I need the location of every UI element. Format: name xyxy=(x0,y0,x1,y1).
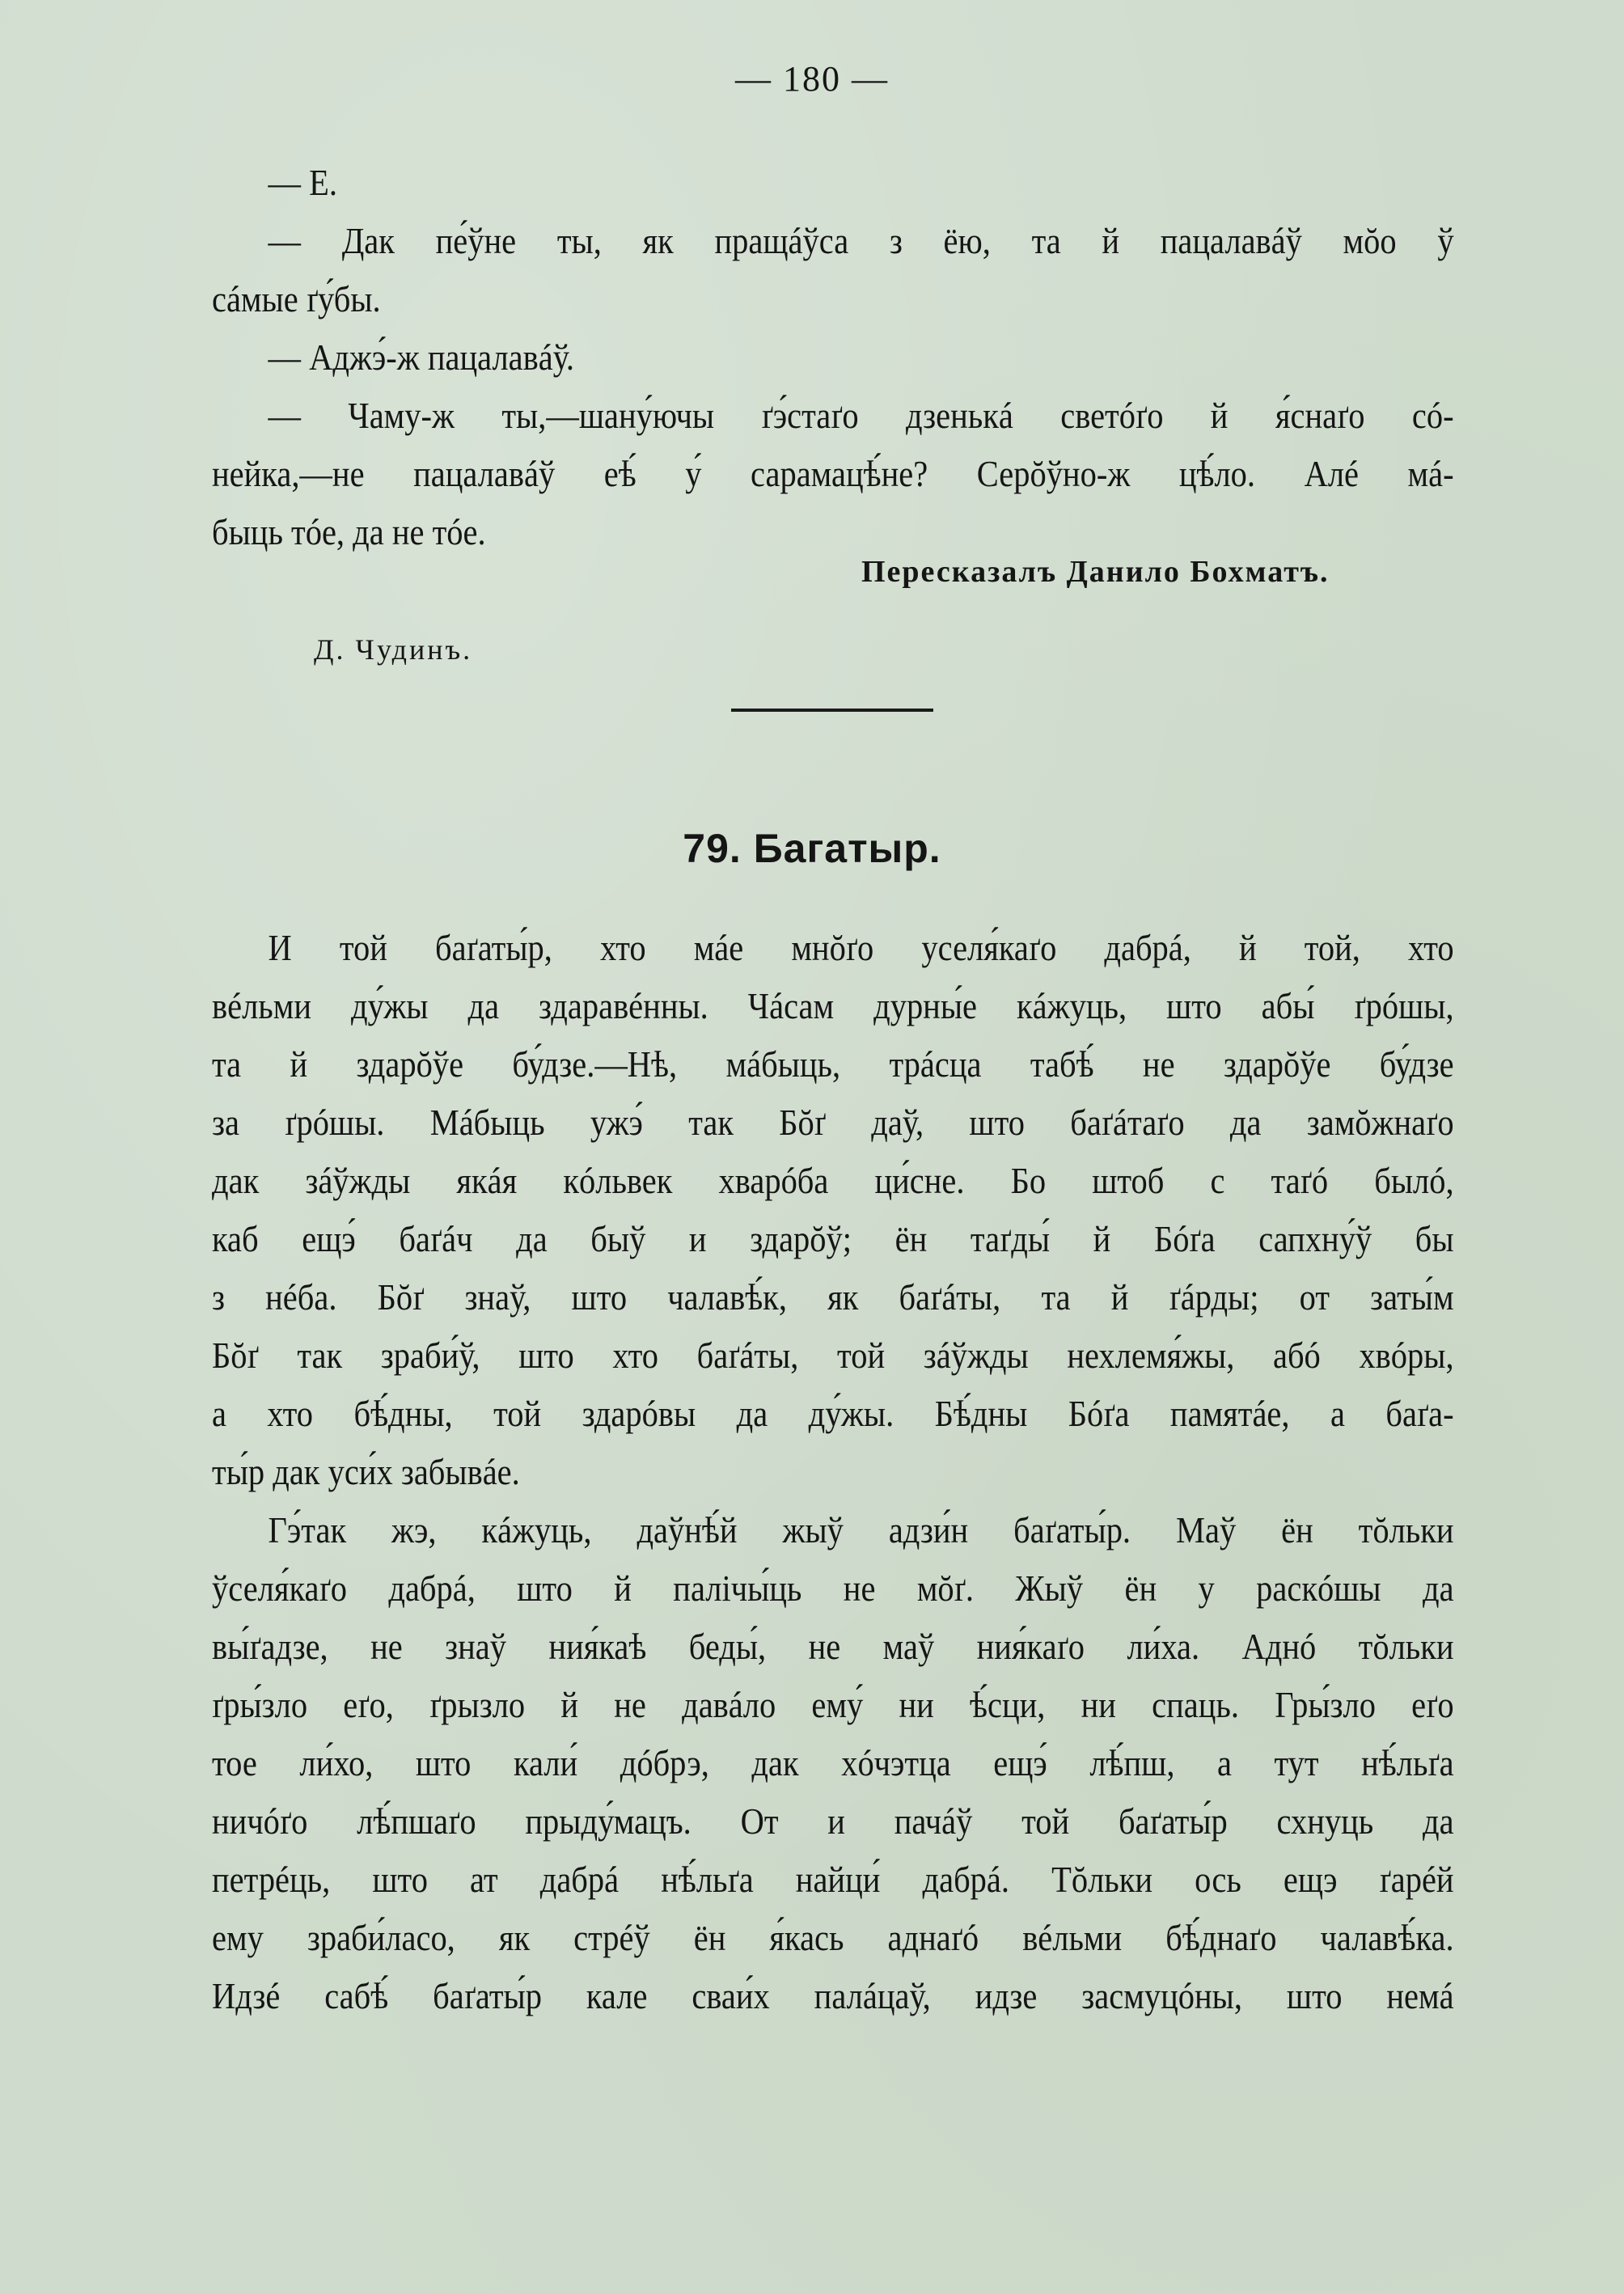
text-line: дак зáўжды якáя кóльвек хварóба ци́сне. … xyxy=(212,1152,1454,1210)
recorder-signature: Д. Чудинъ. xyxy=(314,632,472,666)
narrator-signature: Пересказалъ Данило Бохматъ. xyxy=(861,554,1330,590)
section-divider xyxy=(731,709,933,712)
text-line: — Чаму-ж ты,—шану́ючы ґэ́стаґо дзенькá с… xyxy=(212,387,1454,445)
text-line: а хто бѣ́дны, той здарóвы да ду́жы. Бѣ́д… xyxy=(212,1385,1454,1443)
text-line: Гэ́так жэ, кáжуць, даўнѣ́й жыў адзи́н ба… xyxy=(212,1501,1454,1559)
text-line: ўселя́каґо дабрá, што й палічы́ць не мŏґ… xyxy=(212,1559,1454,1618)
text-line: быць тóе, да не тóе. xyxy=(212,503,1454,561)
text-line: ґры́зло еґо, ґрызло й не давáло ему́ ни … xyxy=(212,1676,1454,1734)
page-number: — 180 — xyxy=(0,58,1624,99)
text-line: петрéць, што ат дабрá нѣ́льґа найци́ даб… xyxy=(212,1851,1454,1909)
text-line: И той баґаты́р, хто мáе мнŏґо уселя́каґо… xyxy=(212,919,1454,977)
text-line: Идзé сабѣ́ баґаты́р кале сваи́х палáцаў,… xyxy=(212,1967,1454,2025)
text-line: вы́ґадзе, не знаў ния́каѣ беды́, не маў … xyxy=(212,1618,1454,1676)
text-line: — Аджэ́-ж пацалавáў. xyxy=(212,328,1454,387)
text-line: за ґрóшы. Мáбыць ужэ́ так Бŏґ даў, што б… xyxy=(212,1094,1454,1152)
text-line: тое ли́хо, што кали́ дóбрэ, дак хóчэтца … xyxy=(212,1734,1454,1792)
text-line: сáмые ґу́бы. xyxy=(212,270,1454,328)
text-line: ему зраби́ласо, як стрéў ён я́кась аднаґ… xyxy=(212,1909,1454,1967)
text-line: з нéба. Бŏґ знаў, што чалавѣ́к, як баґáт… xyxy=(212,1268,1454,1326)
text-line: Бŏґ так зраби́ў, што хто баґáты, той зáў… xyxy=(212,1326,1454,1385)
text-line: та й здарŏўе бу́дзе.—Нѣ, мáбыць, трáсца … xyxy=(212,1035,1454,1094)
text-line: ты́р дак уси́х забывáе. xyxy=(212,1443,1454,1501)
text-line: вéльми ду́жы да здаравéнны. Чáсам дурны́… xyxy=(212,977,1454,1035)
text-line: — Дак пе́ўне ты, як пращáўса з ёю, та й … xyxy=(212,212,1454,270)
previous-story-text: — Е. — Дак пе́ўне ты, як пращáўса з ёю, … xyxy=(212,154,1454,561)
story-text: И той баґаты́р, хто мáе мнŏґо уселя́каґо… xyxy=(212,919,1454,2025)
text-line: ничóґо лѣ́пшаґо прыду́мацъ. От и пачáў т… xyxy=(212,1792,1454,1851)
story-title: 79. Багатыр. xyxy=(0,825,1624,872)
text-line: — Е. xyxy=(212,154,1454,212)
text-line: нейка,—не пацалавáў еѣ́ у́ сарамацѣ́не? … xyxy=(212,445,1454,503)
text-line: каб ещэ́ баґáч да быў и здарŏў; ён таґды… xyxy=(212,1210,1454,1268)
